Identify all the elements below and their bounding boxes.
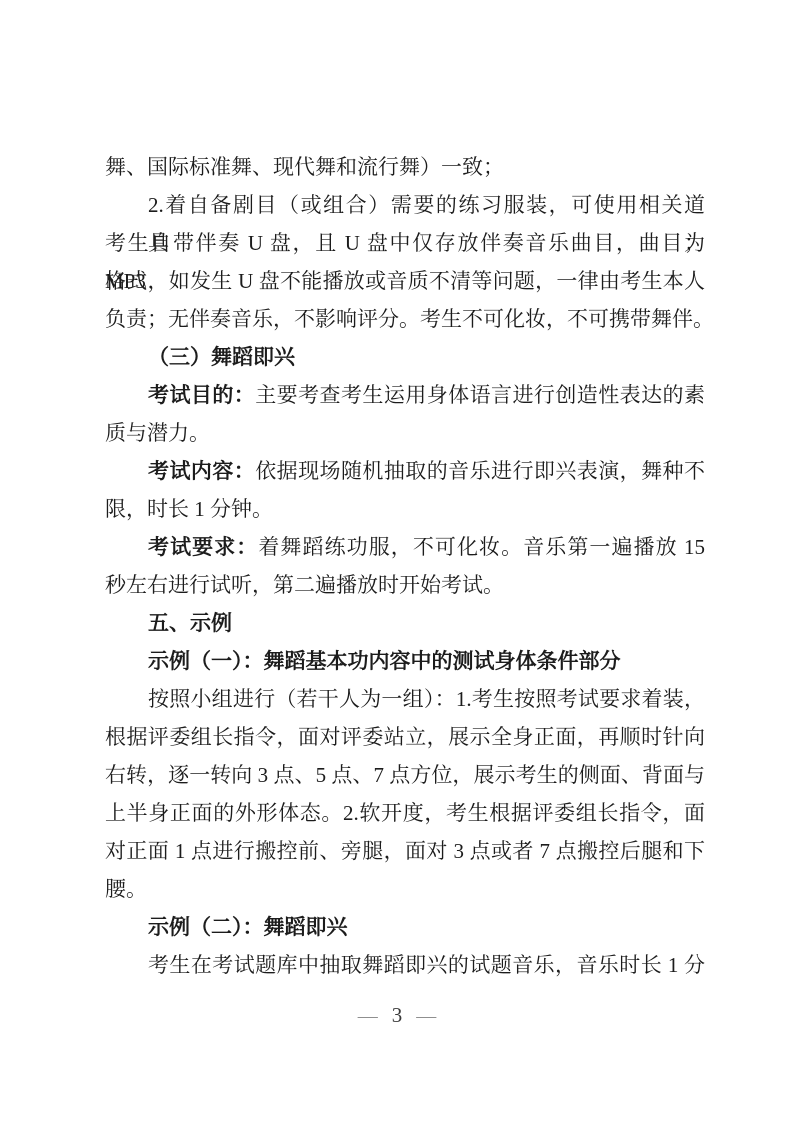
page-number-value: 3: [392, 1003, 403, 1027]
text-line: 舞、国际标准舞、现代舞和流行舞）一致；: [105, 148, 705, 186]
text-line: 示例（二）：舞蹈即兴: [105, 908, 705, 946]
text-run: 限，时长 1 分钟。: [105, 497, 273, 521]
text-line: 五、示例: [105, 604, 705, 642]
text-line: 考试目的：主要考查考生运用身体语言进行创造性表达的素: [105, 376, 705, 414]
text-line: 对正面 1 点进行搬控前、旁腿，面对 3 点或者 7 点搬控后腿和下: [105, 832, 705, 870]
text-run: 右转，逐一转向 3 点、5 点、7 点方位，展示考生的侧面、背面与: [105, 763, 705, 787]
text-line: 上半身正面的外形体态。2.软开度，考生根据评委组长指令，面: [105, 794, 705, 832]
text-line: 2.着自备剧目（或组合）需要的练习服装，可使用相关道具；: [105, 186, 705, 224]
text-line: 考试内容：依据现场随机抽取的音乐进行即兴表演，舞种不: [105, 452, 705, 490]
text-run: 主要考查考生运用身体语言进行创造性表达的素: [255, 383, 705, 407]
text-line: 右转，逐一转向 3 点、5 点、7 点方位，展示考生的侧面、背面与: [105, 756, 705, 794]
page-number-dash-left: —: [358, 1005, 378, 1027]
text-line: 考试要求：着舞蹈练功服，不可化妆。音乐第一遍播放 15: [105, 528, 705, 566]
heading-run: 示例（二）：舞蹈即兴: [148, 916, 348, 939]
text-line: 格式，如发生 U 盘不能播放或音质不清等问题，一律由考生本人: [105, 262, 705, 300]
heading-run: 示例（一）：舞蹈基本功内容中的测试身体条件部分: [148, 650, 621, 673]
text-run: 上半身正面的外形体态。2.软开度，考生根据评委组长指令，面: [105, 801, 705, 825]
text-run: 着舞蹈练功服，不可化妆。音乐第一遍播放 15: [258, 535, 705, 559]
text-run: 腰。: [105, 877, 147, 901]
document-page: 舞、国际标准舞、现代舞和流行舞）一致；2.着自备剧目（或组合）需要的练习服装，可…: [0, 0, 794, 1123]
text-line: 根据评委组长指令，面对评委站立，展示全身正面，再顺时针向: [105, 718, 705, 756]
text-line: 考生在考试题库中抽取舞蹈即兴的试题音乐，音乐时长 1 分: [105, 946, 705, 984]
heading-run: （三）舞蹈即兴: [148, 346, 295, 369]
text-line: 示例（一）：舞蹈基本功内容中的测试身体条件部分: [105, 642, 705, 680]
text-line: 腰。: [105, 870, 705, 908]
text-line: 秒左右进行试听，第二遍播放时开始考试。: [105, 566, 705, 604]
text-run: 按照小组进行（若干人为一组）：1.考生按照考试要求着装，: [148, 687, 705, 711]
page-number: —3—: [0, 1000, 794, 1030]
heading-run: 考试要求：: [148, 536, 258, 559]
text-line: 负责；无伴奏音乐，不影响评分。考生不可化妆，不可携带舞伴。: [105, 300, 705, 338]
heading-run: 五、示例: [148, 612, 232, 635]
text-run: 秒左右进行试听，第二遍播放时开始考试。: [105, 573, 504, 597]
text-run: 负责；无伴奏音乐，不影响评分。考生不可化妆，不可携带舞伴。: [105, 307, 714, 331]
text-line: 质与潜力。: [105, 414, 705, 452]
text-run: 考生在考试题库中抽取舞蹈即兴的试题音乐，音乐时长 1 分: [148, 953, 705, 977]
text-line: 按照小组进行（若干人为一组）：1.考生按照考试要求着装，: [105, 680, 705, 718]
text-run: 对正面 1 点进行搬控前、旁腿，面对 3 点或者 7 点搬控后腿和下: [105, 839, 705, 863]
text-run: 根据评委组长指令，面对评委站立，展示全身正面，再顺时针向: [105, 725, 705, 749]
document-body: 舞、国际标准舞、现代舞和流行舞）一致；2.着自备剧目（或组合）需要的练习服装，可…: [105, 148, 705, 984]
text-line: （三）舞蹈即兴: [105, 338, 705, 376]
text-run: 格式，如发生 U 盘不能播放或音质不清等问题，一律由考生本人: [105, 269, 705, 293]
text-line: 考生自带伴奏 U 盘，且 U 盘中仅存放伴奏音乐曲目，曲目为 MP3: [105, 224, 705, 262]
page-number-dash-right: —: [416, 1005, 436, 1027]
text-run: 舞、国际标准舞、现代舞和流行舞）一致；: [105, 155, 504, 179]
text-line: 限，时长 1 分钟。: [105, 490, 705, 528]
text-run: 质与潜力。: [105, 421, 210, 445]
heading-run: 考试内容：: [148, 460, 255, 483]
heading-run: 考试目的：: [148, 384, 255, 407]
text-run: 依据现场随机抽取的音乐进行即兴表演，舞种不: [255, 459, 705, 483]
